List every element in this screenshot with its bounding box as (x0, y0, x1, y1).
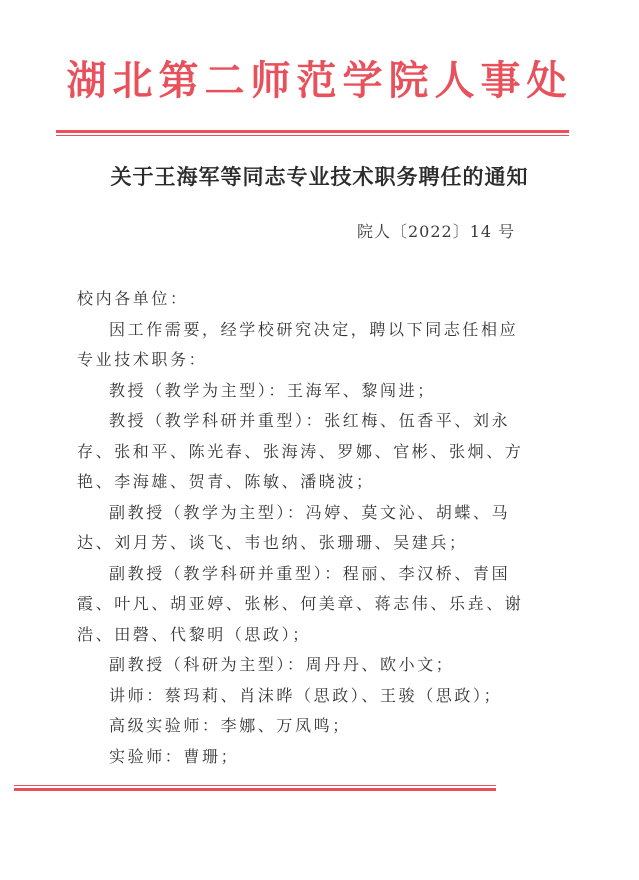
appointment-item: 高级实验师：李娜、万凤鸣； (77, 711, 532, 742)
appointment-item: 讲师：蔡玛莉、肖沫晔（思政）、王骏（思政）； (77, 681, 532, 712)
document-title: 关于王海军等同志专业技术职务聘任的通知 (0, 161, 639, 191)
appointment-item: 副教授（教学为主型）：冯婷、莫文沁、胡蝶、马达、刘月芳、谈飞、韦也纳、张珊珊、吴… (77, 498, 532, 559)
document-number: 院人〔2022〕14 号 (357, 219, 515, 242)
footer-red-divider (14, 785, 496, 791)
divider-thick-line (14, 788, 496, 791)
document-body: 校内各单位： 因工作需要，经学校研究决定，聘以下同志任相应专业技术职务： 教授（… (77, 284, 532, 772)
appointment-item: 教授（教学为主型）：王海军、黎闯进； (77, 376, 532, 407)
divider-thin-line (56, 135, 569, 136)
appointment-item: 实验师：曹珊； (77, 742, 532, 773)
appointment-item: 副教授（科研为主型）：周丹丹、欧小文； (77, 650, 532, 681)
salutation: 校内各单位： (77, 284, 532, 315)
appointment-item: 教授（教学科研并重型）：张红梅、伍香平、刘永存、张和平、陈光春、张海涛、罗娜、官… (77, 406, 532, 498)
intro-paragraph: 因工作需要，经学校研究决定，聘以下同志任相应专业技术职务： (77, 315, 532, 376)
appointment-item: 副教授（教学科研并重型）：程丽、李汉桥、青国霞、叶凡、胡亚婷、张彬、何美章、蒋志… (77, 559, 532, 651)
header-red-divider (56, 130, 569, 136)
issuing-organization-header: 湖北第二师范学院人事处 (0, 58, 639, 104)
